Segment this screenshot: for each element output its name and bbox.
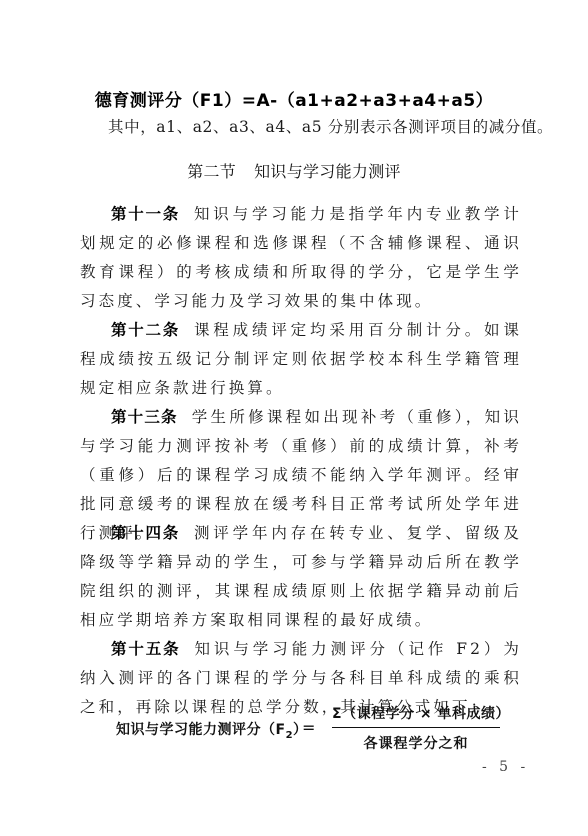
section-number: 第二节: [187, 162, 236, 181]
formula-f1-note: 其中，a1、a2、a3、a4、a5 分别表示各测评项目的减分值。: [108, 115, 553, 137]
article-12: 第十二条课程成绩评定均采用百分制计分。如课程成绩按五级记分制评定则依据学校本科生…: [80, 316, 522, 403]
equals-sign: =: [302, 718, 315, 737]
article-number: 第十二条: [111, 321, 180, 339]
fraction-denominator: 各课程学分之和: [332, 728, 500, 753]
formula-f2-lhs: 知识与学习能力测评分（F2）: [116, 719, 308, 741]
formula-f2-label: 知识与学习能力测评分（F: [116, 722, 286, 738]
formula-f1: 德育测评分（F1）=A-（a1+a2+a3+a4+a5）: [0, 86, 588, 111]
fraction-numerator: Σ（课程学分 × 单科成绩）: [332, 703, 500, 728]
document-page: 德育测评分（F1）=A-（a1+a2+a3+a4+a5） 其中，a1、a2、a3…: [0, 0, 588, 836]
article-number: 第十四条: [111, 524, 180, 542]
formula-f2-subscript: 2: [286, 730, 293, 741]
section-heading: 第二节知识与学习能力测评: [0, 159, 588, 182]
article-11: 第十一条知识与学习能力是指学年内专业教学计划规定的必修课程和选修课程（不含辅修课…: [80, 200, 522, 316]
article-number: 第十一条: [111, 205, 180, 223]
page-number: - 5 -: [482, 759, 529, 775]
fraction: Σ（课程学分 × 单科成绩） 各课程学分之和: [332, 703, 500, 753]
formula-f2: 知识与学习能力测评分（F2） = Σ（课程学分 × 单科成绩） 各课程学分之和: [116, 703, 496, 759]
section-title: 知识与学习能力测评: [254, 162, 401, 181]
article-14: 第十四条测评学年内存在转专业、复学、留级及降级等学籍异动的学生，可参与学籍异动后…: [80, 519, 522, 635]
article-number: 第十五条: [111, 640, 180, 658]
article-number: 第十三条: [111, 408, 178, 426]
